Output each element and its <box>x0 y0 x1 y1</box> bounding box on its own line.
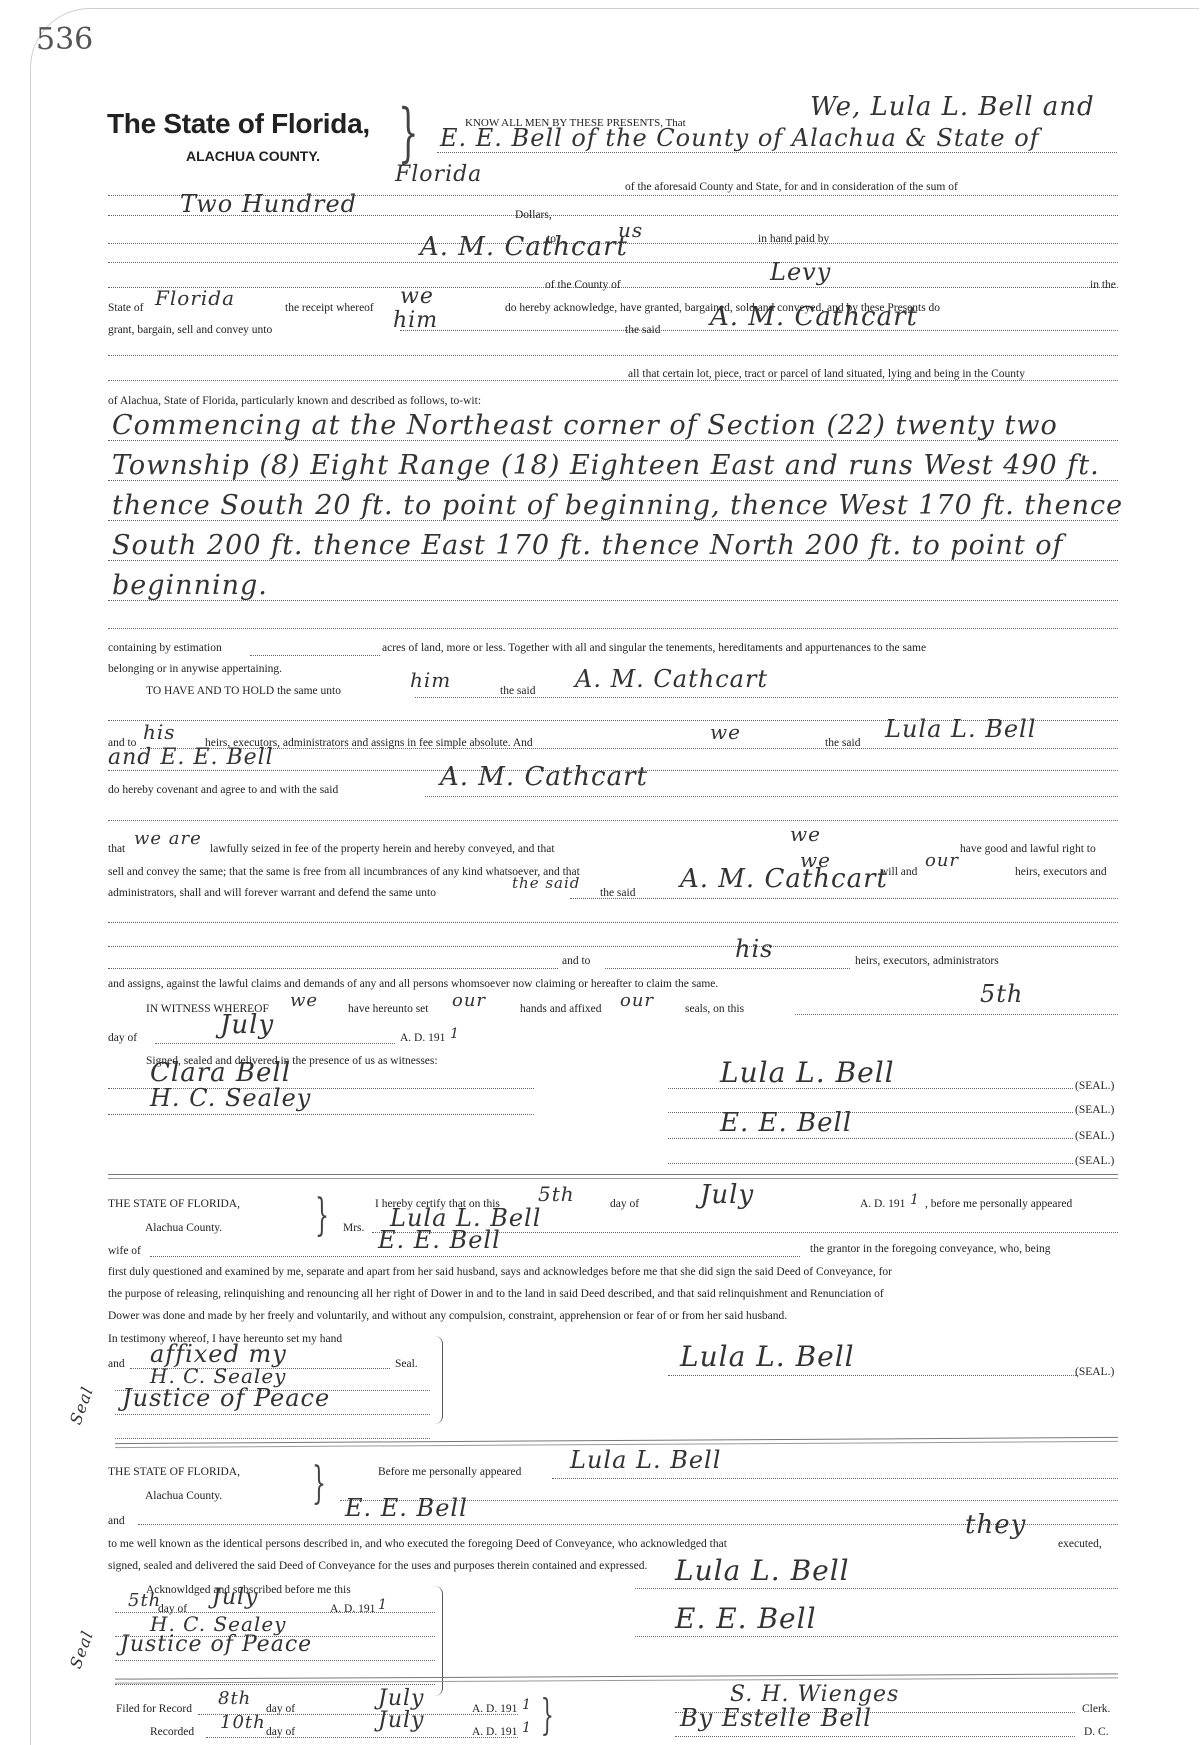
of-county-label: of the County of <box>545 279 621 291</box>
habendum-said: the said <box>500 685 535 697</box>
witness-pronoun: we <box>290 990 318 1011</box>
page-number: 536 <box>36 22 93 57</box>
hereunto-label: have hereunto set <box>348 1003 428 1015</box>
his-pronoun-2: his <box>735 935 773 963</box>
line <box>115 1414 430 1415</box>
execution-month: July <box>220 1010 274 1040</box>
recording-brace: } <box>541 1690 554 1739</box>
recorded-day-of: day of <box>266 1726 295 1738</box>
hand-label: hands and affixed <box>520 1003 602 1015</box>
line <box>605 968 850 969</box>
grant-text: grant, bargain, sell and convey unto <box>108 324 272 336</box>
covenant-grantor-1: Lula L. Bell <box>885 715 1036 743</box>
dower-body-3: Dower was done and made by her freely an… <box>108 1310 787 1322</box>
defend-grantee: A. M. Cathcart <box>680 864 888 894</box>
description-line-1: Commencing at the Northeast corner of Se… <box>112 410 1058 441</box>
line <box>108 922 1118 923</box>
grantors-line2: E. E. Bell of the County of Alachua & St… <box>440 124 1040 152</box>
state-title: The State of Florida, <box>107 108 370 140</box>
recorded-month: July <box>378 1708 424 1733</box>
right-pronoun: we <box>790 822 821 846</box>
acres-text: acres of land, more or less. Together wi… <box>382 642 926 654</box>
line <box>635 1636 1118 1637</box>
clerk-label: Clerk. <box>1082 1703 1110 1715</box>
right-text: have good and lawful right to <box>960 843 1096 855</box>
ack-signed-text: signed, sealed and delivered the said De… <box>108 1560 647 1572</box>
line <box>115 1684 435 1685</box>
our-pronoun: our <box>925 850 959 871</box>
dower-and-label: and <box>108 1358 125 1370</box>
grantee-county: Levy <box>770 258 831 286</box>
day-of-label: day of <box>108 1032 137 1044</box>
hand-paid-label: in hand paid by <box>758 233 829 245</box>
header-brace: } <box>398 96 418 170</box>
filed-day: 8th <box>218 1688 251 1709</box>
line <box>155 1043 395 1044</box>
description-line-3: thence South 20 ft. to point of beginnin… <box>112 490 1123 521</box>
dower-body-2: the purpose of releasing, relinquishing … <box>108 1288 884 1300</box>
line <box>552 1478 1118 1479</box>
habendum-grantee: A. M. Cathcart <box>575 665 768 693</box>
admin-text: administrators, shall and will forever w… <box>108 887 436 899</box>
belonging-text: belonging or in anywise appertaining. <box>108 663 282 675</box>
mrs-label: Mrs. <box>343 1222 364 1234</box>
line <box>108 820 1118 821</box>
habendum-pronoun: him <box>410 668 451 692</box>
line <box>795 1014 1118 1015</box>
receipt-label: the receipt whereof <box>285 302 374 314</box>
signature-3: E. E. Bell <box>720 1108 852 1138</box>
line <box>108 628 1118 629</box>
recorded-label: Recorded <box>150 1726 194 1738</box>
dower-state: THE STATE OF FLORIDA, <box>108 1198 240 1210</box>
ack-county: Alachua County. <box>145 1490 222 1502</box>
ack-month: July <box>212 1585 258 1610</box>
seal-3: (SEAL.) <box>1075 1130 1114 1142</box>
dower-day-of: day of <box>610 1198 639 1210</box>
ack-signature-1: Lula L. Bell <box>675 1554 850 1587</box>
covenant-said: the said <box>825 737 860 749</box>
line <box>668 1138 1073 1139</box>
ack-brace: } <box>312 1458 326 1509</box>
dower-body-1: first duly questioned and examined by me… <box>108 1266 892 1278</box>
line <box>108 946 1118 947</box>
ack-ad: A. D. 191 <box>330 1603 375 1615</box>
line <box>668 1375 1078 1376</box>
dower-day: 5th <box>538 1182 575 1206</box>
county-heading: ALACHUA COUNTY. <box>186 148 320 164</box>
ack-person-2: E. E. Bell <box>345 1494 468 1522</box>
convey-to: A. M. Cathcart <box>710 302 918 332</box>
line <box>415 697 1118 698</box>
consideration-amount: Two Hundred <box>180 190 357 218</box>
appeared-text: , before me personally appeared <box>925 1198 1072 1210</box>
covenant-grantor-2: and E. E. Bell <box>108 745 274 770</box>
county-text: of Alachua, State of Florida, particular… <box>108 395 481 407</box>
seal-1: (SEAL.) <box>1075 1080 1114 1092</box>
filed-label: Filed for Record <box>116 1703 192 1715</box>
heirs-pronoun: his <box>143 720 176 744</box>
husband-name: E. E. Bell <box>378 1226 501 1254</box>
executed-text: executed, <box>1058 1538 1102 1550</box>
that-label: that <box>108 843 125 855</box>
witness-2: H. C. Sealey <box>150 1084 311 1112</box>
seized-pronoun: we are <box>134 828 202 849</box>
recorded-ad: A. D. 191 <box>472 1726 517 1738</box>
our-seal: our <box>620 990 654 1011</box>
year-suffix: 1 <box>450 1026 460 1042</box>
line <box>675 1736 1075 1737</box>
deputy-clerk: By Estelle Bell <box>680 1704 872 1732</box>
ack-state: THE STATE OF FLORIDA, <box>108 1466 240 1478</box>
line <box>437 152 1117 153</box>
dower-signature: Lula L. Bell <box>680 1340 855 1373</box>
recorded-year-suffix: 1 <box>522 1720 532 1736</box>
dower-month: July <box>700 1180 754 1210</box>
ack-and-label: and <box>108 1515 125 1527</box>
dower-brace: } <box>315 1190 329 1241</box>
state-of-label: State of <box>108 302 143 314</box>
description-line-2: Township (8) Eight Range (18) Eighteen E… <box>112 450 1100 481</box>
containing-text: containing by estimation <box>108 642 222 654</box>
ad-label: A. D. 191 <box>400 1032 445 1044</box>
deputy-label: D. C. <box>1084 1726 1109 1738</box>
defend-pronoun: the said <box>512 874 580 892</box>
description-line-4: South 200 ft. thence East 170 ft. thence… <box>112 530 1064 561</box>
testimony-brace <box>432 1336 443 1424</box>
filed-day-of: day of <box>266 1703 295 1715</box>
acres-field <box>250 655 380 656</box>
line <box>570 898 1118 899</box>
covenant-pronoun: we <box>710 720 741 744</box>
line <box>115 1438 430 1439</box>
seal-4: (SEAL.) <box>1075 1155 1114 1167</box>
dower-county: Alachua County. <box>145 1222 222 1234</box>
dower-ad: A. D. 191 <box>860 1198 905 1210</box>
line <box>425 796 1118 797</box>
line <box>635 1588 1118 1589</box>
ack-signature-2: E. E. Bell <box>675 1602 817 1635</box>
before-text: Before me personally appeared <box>378 1466 521 1478</box>
known-text: to me well known as the identical person… <box>108 1538 727 1550</box>
wife-of-label: wife of <box>108 1245 141 1257</box>
line <box>108 355 1118 356</box>
receipt-pronoun: we <box>400 284 434 309</box>
ack-officer-title: Justice of Peace <box>120 1632 312 1657</box>
grantee-state: Florida <box>155 286 235 310</box>
and-to-label-2: and to <box>562 955 590 967</box>
dower-seal: (SEAL.) <box>1075 1366 1114 1378</box>
line <box>108 968 558 969</box>
dower-seal-label: Seal. <box>395 1358 418 1370</box>
seal-label: seals, on this <box>685 1003 744 1015</box>
grantor-text: the grantor in the foregoing conveyance,… <box>810 1243 1050 1255</box>
assigns-text: and assigns, against the lawful claims a… <box>108 978 718 990</box>
heirs-exec-text: heirs, executors and <box>1015 866 1107 878</box>
filed-year-suffix: 1 <box>522 1697 532 1713</box>
covenant-text: do hereby covenant and agree to and with… <box>108 784 338 796</box>
filed-ad: A. D. 191 <box>472 1703 517 1715</box>
our-hand: our <box>452 990 486 1011</box>
grantors-line1: We, Lula L. Bell and <box>810 92 1095 122</box>
habendum-label: TO HAVE AND TO HOLD the same unto <box>146 685 341 697</box>
consideration-text: of the aforesaid County and State, for a… <box>625 181 958 193</box>
grantor-state: Florida <box>395 162 482 187</box>
ack-person-1: Lula L. Bell <box>570 1446 721 1474</box>
line <box>115 1660 435 1661</box>
convey-pronoun: him <box>393 308 438 333</box>
description-line-5: beginning. <box>112 570 268 601</box>
the-said-label: the said <box>625 324 660 336</box>
recorded-day: 10th <box>220 1712 266 1733</box>
covenant-grantee: A. M. Cathcart <box>440 762 648 792</box>
line <box>108 262 1118 263</box>
ack-day: 5th <box>128 1590 161 1611</box>
section-divider <box>108 1174 1118 1179</box>
seal-2: (SEAL.) <box>1075 1104 1114 1116</box>
sell-text: sell and convey the same; that the same … <box>108 866 580 878</box>
grantee-name: A. M. Cathcart <box>420 232 628 262</box>
ack-year-suffix: 1 <box>378 1597 388 1613</box>
dollars-label: Dollars, <box>515 209 552 221</box>
seized-text: lawfully seized in fee of the property h… <box>210 843 555 855</box>
execution-day: 5th <box>980 980 1023 1008</box>
line <box>108 1114 534 1115</box>
line <box>668 1163 1073 1164</box>
in-the-label: in the <box>1090 279 1116 291</box>
dower-year-suffix: 1 <box>910 1192 920 1208</box>
they-text: they <box>965 1510 1026 1540</box>
signature-1: Lula L. Bell <box>720 1056 895 1089</box>
heirs-admin-text: heirs, executors, administrators <box>855 955 999 967</box>
dower-officer-title: Justice of Peace <box>122 1384 330 1412</box>
line <box>150 1256 800 1257</box>
lot-text: all that certain lot, piece, tract or pa… <box>628 368 1025 380</box>
defend-said: the said <box>600 887 635 899</box>
line <box>108 380 1118 381</box>
